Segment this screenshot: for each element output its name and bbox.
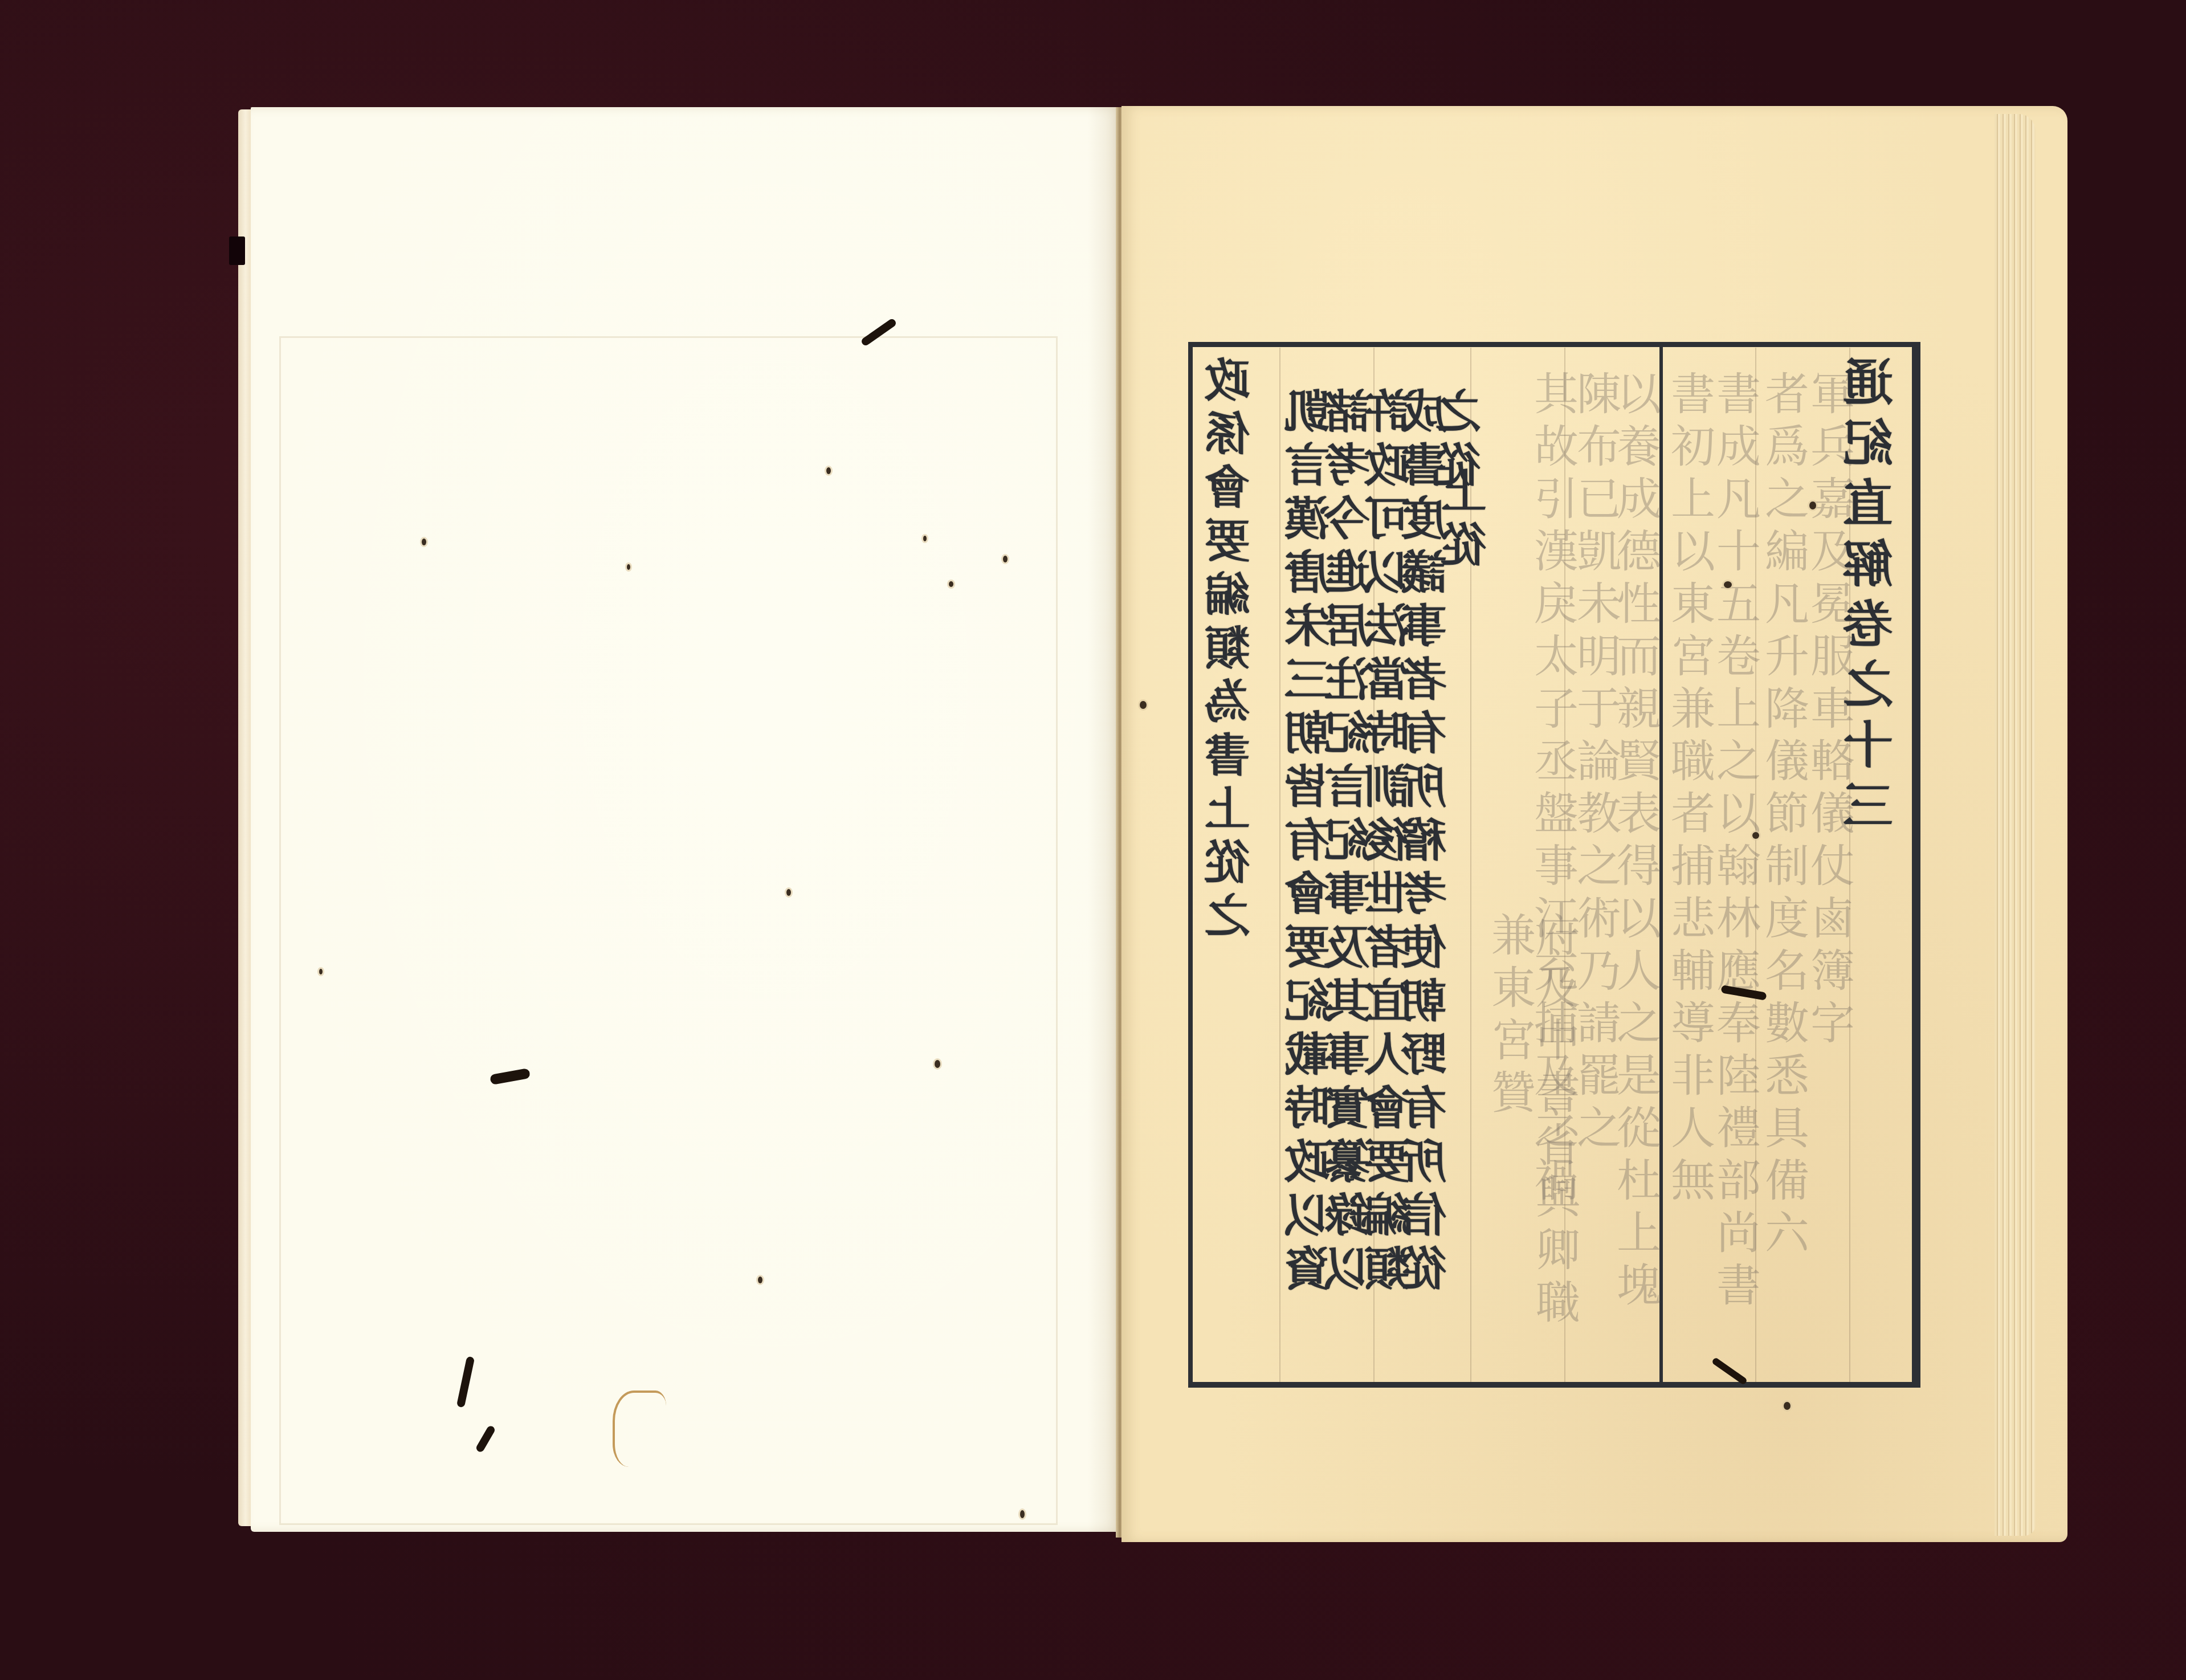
wormhole <box>786 889 791 896</box>
wormhole <box>627 564 630 570</box>
chapter-heading: 通紀直解卷之十三 <box>1846 356 1897 1353</box>
show-through-column: 府及中書省與卿職兼東宮贊 <box>1487 912 1576 1368</box>
wormhole <box>923 536 927 541</box>
wormhole <box>1752 832 1759 839</box>
wormhole <box>1003 556 1008 562</box>
show-through-column: 書成凡十五卷上之以翰林應奉陸禮部尚書 <box>1712 370 1757 1368</box>
show-through-column: 者爲之編凡升降儀節制度名數悉具備六 <box>1761 370 1805 1368</box>
wormhole <box>1784 1402 1791 1410</box>
text-column: 凱言漢唐宋三朝皆有會要紀載時政以資 <box>1288 388 1333 1379</box>
show-through-column: 書初上以東宮兼職者捕悲輔導非人無 <box>1667 370 1711 1368</box>
page-tab <box>229 236 245 265</box>
page-block-edge <box>1995 114 2036 1536</box>
left-page-ghost-frame <box>279 336 1058 1525</box>
wormhole <box>1809 501 1816 509</box>
wormhole <box>935 1060 940 1068</box>
wormhole <box>319 969 323 974</box>
book-scan: 軍兵嘉及冕服車輅儀仗鹵簿字 者爲之編凡升降儀節制度名數悉具備六 書成凡十五卷上之… <box>0 0 2186 1680</box>
wormhole <box>1020 1510 1025 1518</box>
wormhole <box>1140 701 1147 709</box>
wormhole <box>422 539 426 545</box>
wormhole <box>826 467 831 474</box>
column-rule <box>1279 348 1280 1382</box>
wormhole <box>758 1277 762 1283</box>
wormhole <box>1724 581 1732 588</box>
wormhole <box>949 581 953 587</box>
heading-rule <box>1912 342 1918 1388</box>
text-column: 政係會要編類為書上從之 <box>1208 356 1254 1348</box>
